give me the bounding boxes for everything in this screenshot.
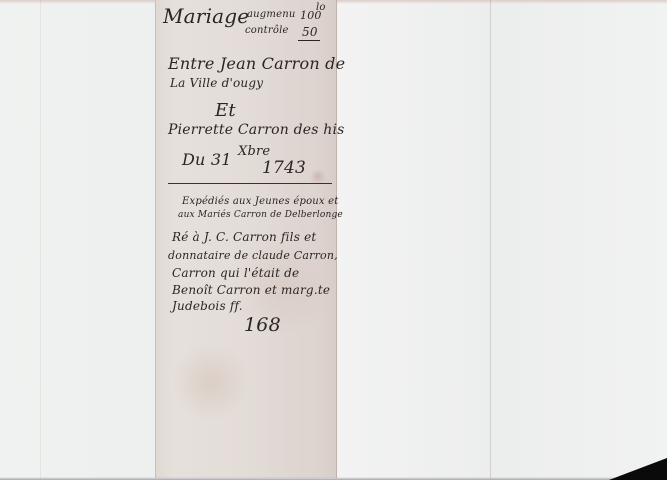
fold-line <box>490 0 491 480</box>
fold-line <box>40 0 41 480</box>
docket-title: Mariage <box>163 4 249 28</box>
note-line-6: Benoît Carron et marg.te <box>172 283 330 297</box>
document-scan: Mariage augmenu 100 lo contrôle 50 Entre… <box>0 0 667 480</box>
note-line-2: aux Mariés Carron de Delberlonge <box>178 210 343 220</box>
party-line-3: Pierrette Carron des his <box>168 122 345 138</box>
note-line-5: Carron qui l'était de <box>172 266 299 280</box>
note-line-1: Expédiés aux Jeunes époux et <box>182 196 338 207</box>
scan-background-corner <box>609 458 667 480</box>
fee-underline <box>298 40 320 41</box>
fee-label-2: contrôle <box>245 25 289 36</box>
fee-value-2: 50 <box>302 25 318 39</box>
party-line-2: La Ville d'ougy <box>170 76 263 90</box>
date-month: Xbre <box>238 144 270 159</box>
fee-superscript: lo <box>316 2 326 13</box>
fee-label-1: augmenu <box>247 9 296 20</box>
note-line-3: Ré à J. C. Carron fils et <box>172 230 316 244</box>
date-day: Du 31 <box>182 150 232 169</box>
note-line-4: donnataire de claude Carron, <box>168 249 338 262</box>
date-year: 1743 <box>262 158 306 178</box>
conjunction: Et <box>215 100 236 121</box>
note-line-7: Judebois ff. <box>172 299 243 313</box>
folio-number: 168 <box>244 314 281 336</box>
separator-rule <box>168 183 332 184</box>
party-line-1: Entre Jean Carron de <box>168 54 345 73</box>
